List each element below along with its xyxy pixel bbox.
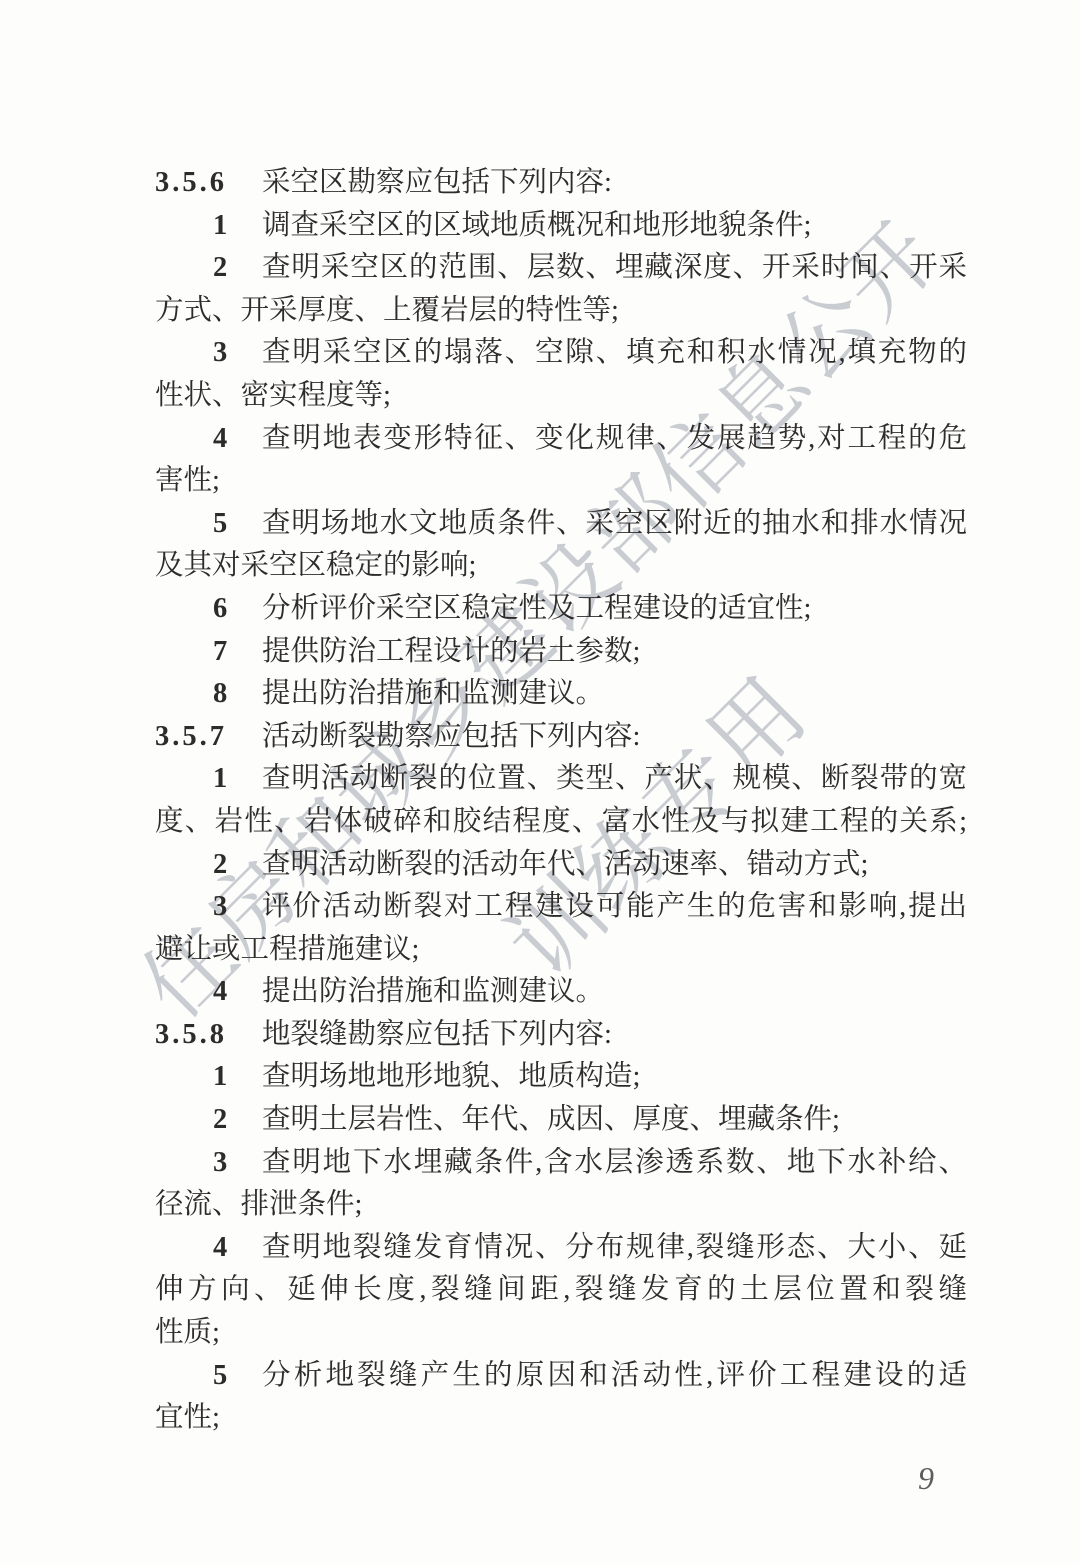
- line-text: 及其对采空区稳定的影响;: [155, 545, 967, 588]
- item-number: 3: [213, 332, 227, 375]
- item-number: 3: [213, 1142, 227, 1185]
- section-line: 3.5.7活动断裂勘察应包括下列内容:: [155, 716, 967, 759]
- text-line: 1查明场地地形地貌、地质构造;: [155, 1056, 967, 1099]
- text-line: 宜性;: [155, 1397, 967, 1440]
- line-text: 查明采空区的塌落、空隙、填充和积水情况,填充物的: [262, 332, 967, 375]
- item-number: 6: [213, 588, 227, 631]
- text-line: 4查明地裂缝发育情况、分布规律,裂缝形态、大小、延: [155, 1227, 967, 1270]
- line-text: 查明地下水埋藏条件,含水层渗透系数、地下水补给、: [262, 1142, 967, 1185]
- line-text: 活动断裂勘察应包括下列内容:: [262, 716, 967, 759]
- line-text: 宜性;: [155, 1397, 967, 1440]
- line-text: 采空区勘察应包括下列内容:: [262, 162, 967, 205]
- line-text: 评价活动断裂对工程建设可能产生的危害和影响,提出: [262, 886, 967, 929]
- text-line: 性状、密实程度等;: [155, 375, 967, 418]
- text-line: 6分析评价采空区稳定性及工程建设的适宜性;: [155, 588, 967, 631]
- item-number: 2: [213, 1099, 227, 1142]
- line-text: 查明采空区的范围、层数、埋藏深度、开采时间、开采: [262, 247, 967, 290]
- item-number: 4: [213, 971, 227, 1014]
- text-line: 2查明采空区的范围、层数、埋藏深度、开采时间、开采: [155, 247, 967, 290]
- item-number: 1: [213, 205, 227, 248]
- text-line: 3查明地下水埋藏条件,含水层渗透系数、地下水补给、: [155, 1142, 967, 1185]
- line-text: 调查采空区的区域地质概况和地形地貌条件;: [262, 205, 967, 248]
- section-line: 3.5.6采空区勘察应包括下列内容:: [155, 162, 967, 205]
- item-number: 7: [213, 631, 227, 674]
- line-text: 方式、开采厚度、上覆岩层的特性等;: [155, 290, 967, 333]
- line-text: 分析地裂缝产生的原因和活动性,评价工程建设的适: [262, 1355, 967, 1398]
- text-line: 径流、排泄条件;: [155, 1184, 967, 1227]
- line-text: 查明土层岩性、年代、成因、厚度、埋藏条件;: [262, 1099, 967, 1142]
- document-page: 住房和城乡建设部信息公开 训练专用 3.5.6采空区勘察应包括下列内容:1调查采…: [0, 0, 1080, 1565]
- line-text: 查明活动断裂的位置、类型、产状、规模、断裂带的宽: [262, 758, 967, 801]
- text-line: 3评价活动断裂对工程建设可能产生的危害和影响,提出: [155, 886, 967, 929]
- text-line: 1查明活动断裂的位置、类型、产状、规模、断裂带的宽: [155, 758, 967, 801]
- section-number: 3.5.7: [155, 716, 227, 759]
- item-number: 5: [213, 503, 227, 546]
- item-number: 4: [213, 1227, 227, 1270]
- item-number: 4: [213, 418, 227, 461]
- section-number: 3.5.8: [155, 1014, 227, 1057]
- line-text: 避让或工程措施建议;: [155, 929, 967, 972]
- line-text: 度、岩性、岩体破碎和胶结程度、富水性及与拟建工程的关系;: [155, 801, 967, 844]
- item-number: 1: [213, 1056, 227, 1099]
- item-number: 5: [213, 1355, 227, 1398]
- line-text: 提出防治措施和监测建议。: [262, 971, 967, 1014]
- line-text: 害性;: [155, 460, 967, 503]
- text-line: 5查明场地水文地质条件、采空区附近的抽水和排水情况: [155, 503, 967, 546]
- text-line: 性质;: [155, 1312, 967, 1355]
- section-line: 3.5.8地裂缝勘察应包括下列内容:: [155, 1014, 967, 1057]
- text-line: 5分析地裂缝产生的原因和活动性,评价工程建设的适: [155, 1355, 967, 1398]
- text-line: 伸方向、延伸长度,裂缝间距,裂缝发育的土层位置和裂缝: [155, 1269, 967, 1312]
- line-text: 分析评价采空区稳定性及工程建设的适宜性;: [262, 588, 967, 631]
- text-line: 8提出防治措施和监测建议。: [155, 673, 967, 716]
- section-number: 3.5.6: [155, 162, 227, 205]
- line-text: 查明地表变形特征、变化规律、发展趋势,对工程的危: [262, 418, 967, 461]
- text-line: 及其对采空区稳定的影响;: [155, 545, 967, 588]
- text-line: 2查明活动断裂的活动年代、活动速率、错动方式;: [155, 844, 967, 887]
- text-block: 3.5.6采空区勘察应包括下列内容:1调查采空区的区域地质概况和地形地貌条件;2…: [155, 162, 967, 1440]
- item-number: 8: [213, 673, 227, 716]
- line-text: 查明活动断裂的活动年代、活动速率、错动方式;: [262, 844, 967, 887]
- item-number: 1: [213, 758, 227, 801]
- line-text: 地裂缝勘察应包括下列内容:: [262, 1014, 967, 1057]
- line-text: 查明场地水文地质条件、采空区附近的抽水和排水情况: [262, 503, 967, 546]
- page-number: 9: [918, 1460, 934, 1497]
- text-line: 2查明土层岩性、年代、成因、厚度、埋藏条件;: [155, 1099, 967, 1142]
- line-text: 提出防治措施和监测建议。: [262, 673, 967, 716]
- item-number: 3: [213, 886, 227, 929]
- line-text: 查明地裂缝发育情况、分布规律,裂缝形态、大小、延: [262, 1227, 967, 1270]
- text-line: 方式、开采厚度、上覆岩层的特性等;: [155, 290, 967, 333]
- text-line: 避让或工程措施建议;: [155, 929, 967, 972]
- text-line: 害性;: [155, 460, 967, 503]
- item-number: 2: [213, 844, 227, 887]
- line-text: 性质;: [155, 1312, 967, 1355]
- text-line: 度、岩性、岩体破碎和胶结程度、富水性及与拟建工程的关系;: [155, 801, 967, 844]
- text-line: 1调查采空区的区域地质概况和地形地貌条件;: [155, 205, 967, 248]
- item-number: 2: [213, 247, 227, 290]
- line-text: 查明场地地形地貌、地质构造;: [262, 1056, 967, 1099]
- line-text: 伸方向、延伸长度,裂缝间距,裂缝发育的土层位置和裂缝: [155, 1269, 967, 1312]
- line-text: 径流、排泄条件;: [155, 1184, 967, 1227]
- line-text: 提供防治工程设计的岩土参数;: [262, 631, 967, 674]
- text-line: 3查明采空区的塌落、空隙、填充和积水情况,填充物的: [155, 332, 967, 375]
- line-text: 性状、密实程度等;: [155, 375, 967, 418]
- text-line: 7提供防治工程设计的岩土参数;: [155, 631, 967, 674]
- text-line: 4查明地表变形特征、变化规律、发展趋势,对工程的危: [155, 418, 967, 461]
- text-line: 4提出防治措施和监测建议。: [155, 971, 967, 1014]
